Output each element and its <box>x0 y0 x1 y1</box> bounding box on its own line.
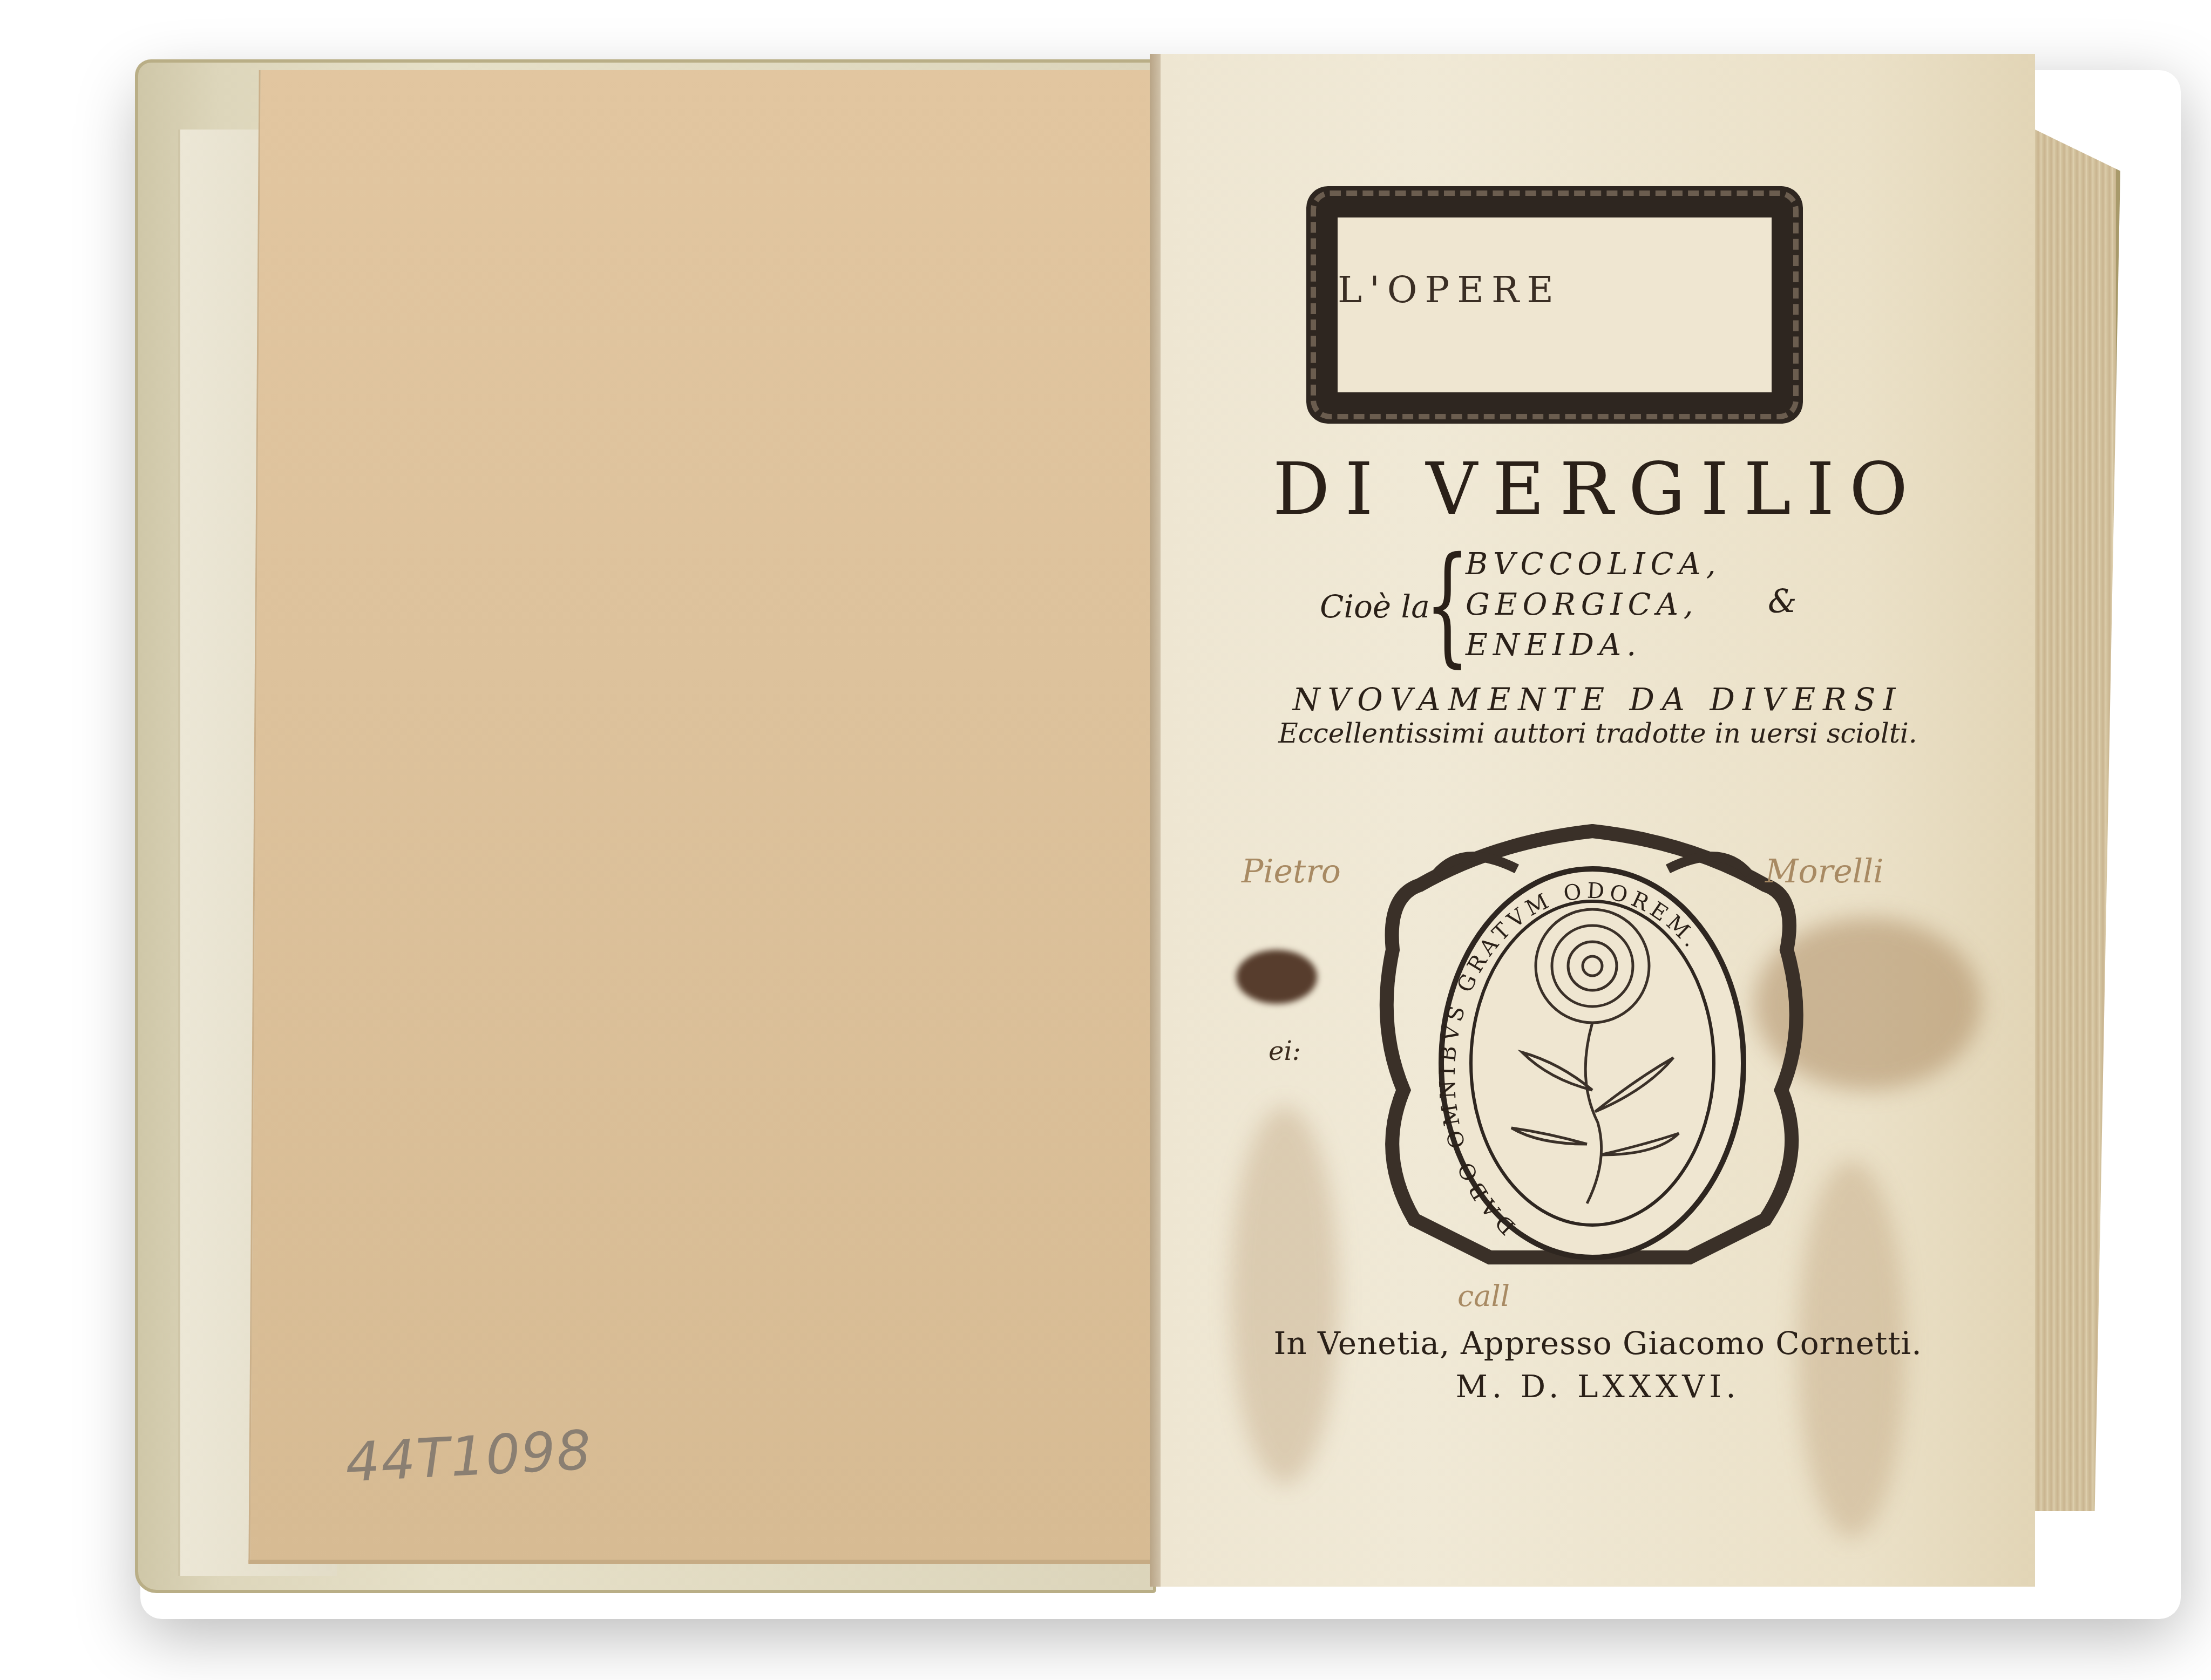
imprint: In Venetia, Appresso Giacomo Cornetti. <box>1161 1325 2035 1362</box>
water-stain <box>1231 1106 1339 1484</box>
manuscript-note-call: call <box>1457 1279 1510 1313</box>
manuscript-note-morelli: Morelli <box>1765 853 1883 890</box>
cioe-la-label: Cioè la <box>1320 588 1430 625</box>
manuscript-note-ei: ei: <box>1269 1036 1301 1066</box>
ampersand: & <box>1768 583 1796 621</box>
printers-device-rose-icon: DABO OMNIBVS GRATVM ODOREM. <box>1355 810 1830 1284</box>
subtitle-line-2: Eccellentissimi auttori tradotte in uers… <box>1161 718 2035 749</box>
work-item: BVCCOLICA, <box>1466 544 1721 584</box>
woodcut-title-frame: L'OPERE <box>1306 186 1803 424</box>
manuscript-note-pietro: Pietro <box>1242 853 1341 890</box>
frame-title: L'OPERE <box>1338 269 1772 311</box>
flyleaf-page <box>248 70 1162 1564</box>
work-item: ENEIDA. <box>1466 625 1721 665</box>
works-list: BVCCOLICA, GEORGICA, ENEIDA. <box>1466 544 1721 665</box>
main-title: DI VERGILIO <box>1161 448 2035 531</box>
curly-brace-icon: { <box>1425 540 1470 669</box>
open-book: 44T1098 L'OPERE DI VERGILIO Cioè la { BV… <box>0 0 2211 1680</box>
ink-blot <box>1236 950 1317 1004</box>
work-item: GEORGICA, <box>1466 584 1721 625</box>
imprint-date: M. D. LXXXVI. <box>1161 1368 2035 1405</box>
subtitle-line-1: NVOVAMENTE DA DIVERSI <box>1161 681 2035 718</box>
pencil-shelfmark: 44T1098 <box>344 1418 593 1494</box>
